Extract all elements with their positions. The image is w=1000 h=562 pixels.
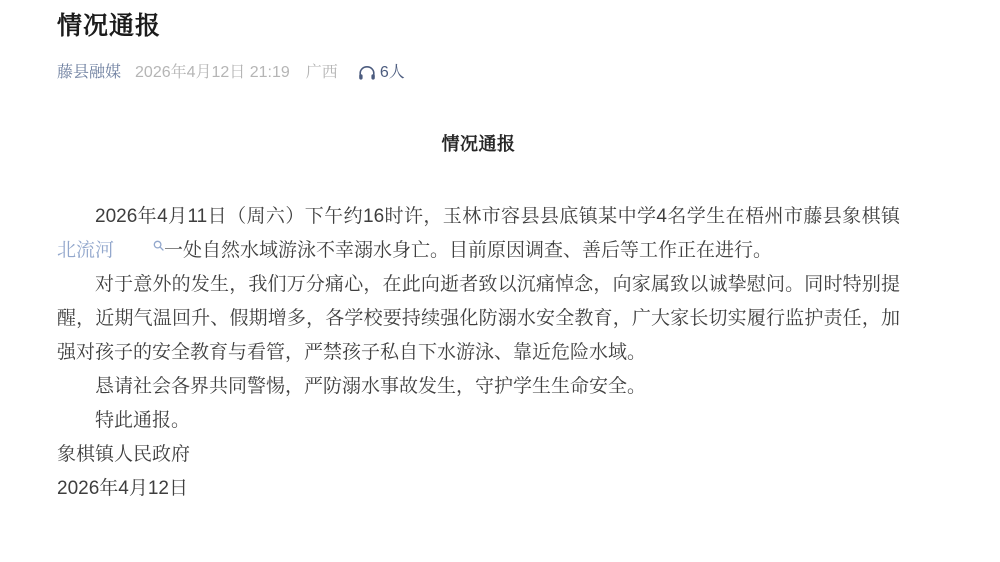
entity-link-label: 北流河 [57, 240, 114, 261]
entity-link-beiliu-river[interactable]: 北流河 [57, 240, 164, 261]
paragraph-2: 对于意外的发生，我们万分痛心，在此向逝者致以沉痛悼念，向家属致以诚挚慰问。同时特… [57, 268, 900, 370]
signature-name: 象棋镇人民政府 [57, 438, 900, 472]
search-icon [115, 240, 164, 251]
headphone-icon [358, 65, 376, 81]
page-title: 情况通报 [57, 10, 900, 42]
paragraph-1: 2026年4月11日（周六）下午约16时许，玉林市容县县底镇某中学4名学生在梧州… [57, 200, 900, 268]
article-meta: 藤县融媒 2026年4月12日 21:19 广西 6人 [57, 62, 900, 84]
notice-heading: 情况通报 [57, 132, 900, 156]
listen-count-label: 6人 [380, 62, 405, 84]
signature-date: 2026年4月12日 [57, 472, 900, 506]
paragraph-3: 恳请社会各界共同警惕，严防溺水事故发生，守护学生生命安全。 [57, 370, 900, 404]
article-page: 情况通报 藤县融媒 2026年4月12日 21:19 广西 6人 情况通报 20… [0, 0, 1000, 506]
paragraph-1-text-after: 一处自然水域游泳不幸溺水身亡。目前原因调查、善后等工作正在进行。 [164, 240, 772, 261]
source-name-link[interactable]: 藤县融媒 [57, 62, 121, 84]
publish-location: 广西 [306, 62, 338, 84]
listen-count-button[interactable]: 6人 [358, 62, 405, 84]
publish-datetime: 2026年4月12日 21:19 [135, 62, 290, 84]
paragraph-4: 特此通报。 [57, 404, 900, 438]
paragraph-1-text-before: 2026年4月11日（周六）下午约16时许，玉林市容县县底镇某中学4名学生在梧州… [95, 206, 900, 227]
notice-content: 情况通报 2026年4月11日（周六）下午约16时许，玉林市容县县底镇某中学4名… [57, 132, 900, 506]
